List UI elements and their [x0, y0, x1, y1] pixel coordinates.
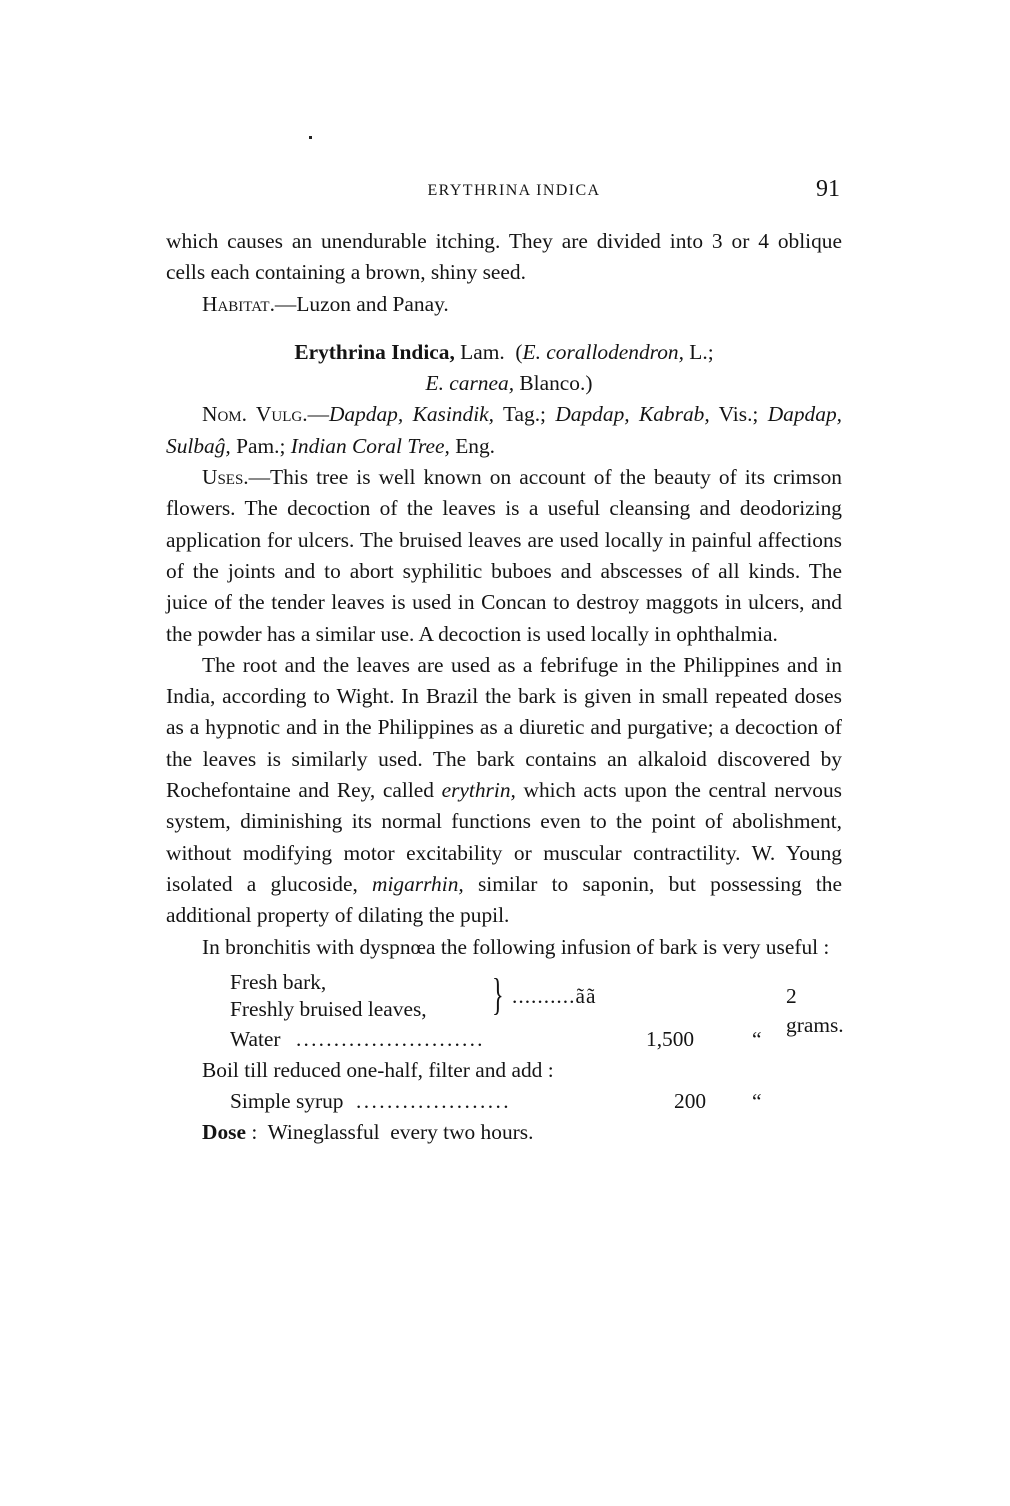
migarrhin-term: migarrhin,: [372, 872, 464, 896]
synonym-2-name: E. carnea,: [426, 371, 515, 395]
erythrin-term: erythrin,: [442, 778, 516, 802]
syrup-amount: 200: [674, 1087, 706, 1116]
species-heading-line-2: E. carnea, Blanco.): [166, 368, 842, 399]
root-paragraph: The root and the leaves are used as a fe…: [166, 650, 842, 932]
recipe-dose-row: Dose : Wineglassful every two hours.: [166, 1118, 842, 1149]
dose-text: : Wineglassful every two hours.: [246, 1120, 533, 1144]
vernacular-tagalog: Dapdap, Kasindik,: [329, 402, 494, 426]
dose-label: Dose: [202, 1120, 246, 1144]
habitat-text: Luzon and Panay.: [296, 292, 448, 316]
syrup-leader: ....................: [356, 1087, 511, 1116]
water-leader: .........................: [296, 1025, 485, 1054]
uses-label: Uses.: [202, 465, 249, 489]
recipe-block: Fresh bark, Freshly bruised leaves, } ..…: [166, 969, 842, 1149]
vernacular-visayan: Dapdap, Kabrab,: [555, 402, 709, 426]
lang-vis: Vis.;: [710, 402, 768, 426]
synonym-1-name: E. corallodendron,: [523, 340, 684, 364]
syrup-unit: “: [752, 1087, 762, 1116]
recipe-item-fresh-bark: Fresh bark,: [230, 969, 427, 996]
lang-tag: Tag.;: [494, 402, 555, 426]
scan-speck: [309, 136, 312, 139]
uses-paragraph: Uses.—This tree is well known on account…: [166, 462, 842, 650]
habitat-dash: —: [275, 292, 296, 316]
nom-vulg-dash: —: [308, 402, 329, 426]
habitat-paragraph: Habitat.—Luzon and Panay.: [166, 289, 842, 320]
water-label: Water: [230, 1025, 281, 1054]
species-name: Erythrina Indica,: [294, 340, 454, 364]
recipe-instruction-row: Boil till reduced one-half, filter and a…: [166, 1056, 842, 1087]
recipe-bark-leaves: Fresh bark, Freshly bruised leaves, } ..…: [230, 969, 842, 1025]
brace-symbol: }: [492, 969, 504, 1021]
vernacular-english: Indian Coral Tree,: [291, 434, 450, 458]
nom-vulg-paragraph: Nom. Vulg.—Dapdap, Kasindik, Tag.; Dapda…: [166, 399, 842, 462]
recipe-syrup-row: Simple syrup .................... 200 “: [166, 1087, 842, 1118]
nom-vulg-label: Nom. Vulg.: [202, 402, 308, 426]
water-unit: “: [752, 1025, 762, 1054]
recipe-water-row: Water ......................... 1,500 “: [166, 1025, 842, 1056]
recipe-instruction: Boil till reduced one-half, filter and a…: [202, 1056, 554, 1085]
uses-dash: —: [249, 465, 270, 489]
continuation-paragraph: which causes an unendurable itching. The…: [166, 226, 842, 289]
page-number: 91: [816, 176, 840, 203]
synonym-1-author: L.;: [684, 340, 714, 364]
species-author: Lam.: [455, 340, 505, 364]
running-head-title: ERYTHRINA INDICA: [166, 182, 842, 200]
recipe-items: Fresh bark, Freshly bruised leaves,: [230, 969, 427, 1023]
lang-pam: Pam.;: [231, 434, 291, 458]
recipe-item-bruised-leaves: Freshly bruised leaves,: [230, 996, 427, 1023]
syrup-label: Simple syrup: [230, 1087, 344, 1116]
lang-eng: Eng.: [450, 434, 495, 458]
species-heading: Erythrina Indica, Lam. (E. corallodendro…: [166, 337, 842, 400]
book-page: ERYTHRINA INDICA 91 which causes an unen…: [166, 176, 842, 1149]
uses-text: This tree is well known on account of th…: [166, 465, 842, 645]
brace-leader: ..........ãã: [512, 982, 596, 1011]
synonym-2-author: Blanco.): [514, 371, 592, 395]
bronchitis-paragraph: In bronchitis with dyspnœa the following…: [166, 932, 842, 963]
water-amount: 1,500: [646, 1025, 694, 1054]
synonyms-open: (: [505, 340, 523, 364]
habitat-label: Habitat.: [202, 292, 275, 316]
dose-line: Dose : Wineglassful every two hours.: [202, 1118, 533, 1147]
running-head: ERYTHRINA INDICA 91: [166, 176, 842, 210]
